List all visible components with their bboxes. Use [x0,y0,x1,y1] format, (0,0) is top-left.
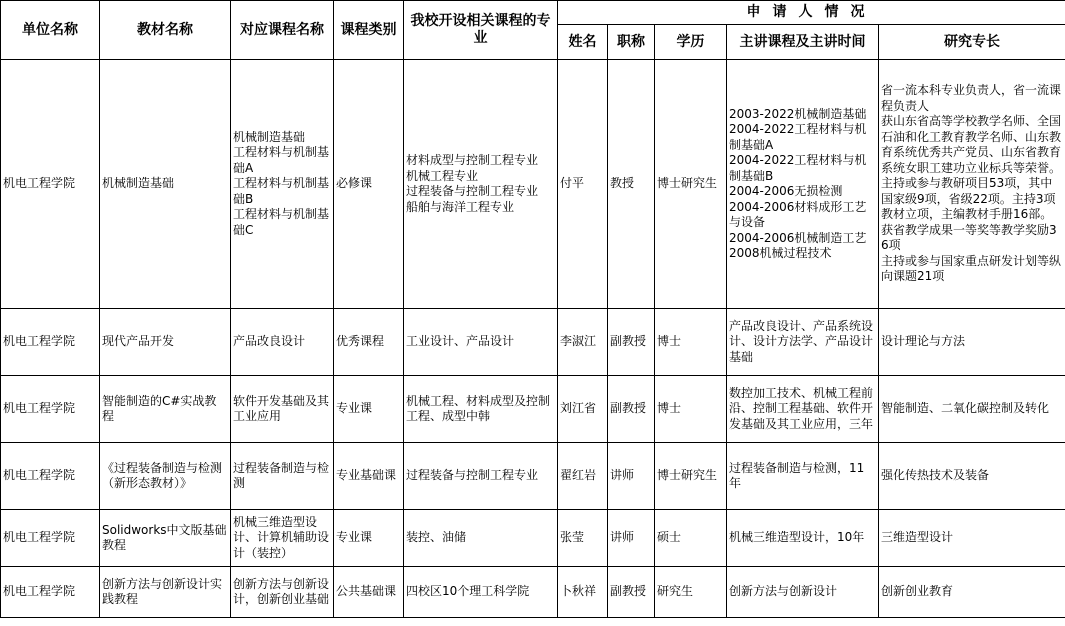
cell-textbook: Solidworks中文版基础教程 [100,510,231,567]
cell-majors: 机械工程、材料成型及控制工程、成型中韩 [404,376,558,443]
header-teaching: 主讲课程及主讲时间 [727,25,879,60]
cell-title: 副教授 [608,567,655,618]
table-row: 机电工程学院 创新方法与创新设计实践教程 创新方法与创新设计，创新创业基础 公共… [1,567,1065,618]
cell-majors: 工业设计、产品设计 [404,309,558,376]
cell-category: 优秀课程 [334,309,404,376]
textbook-application-table: 单位名称 教材名称 对应课程名称 课程类别 我校开设相关课程的专业 申请人情况 … [0,0,1065,618]
cell-name: 李淑江 [558,309,608,376]
cell-course: 机械三维造型设计、计算机辅助设计（装控） [231,510,334,567]
header-course: 对应课程名称 [231,1,334,60]
table-row: 机电工程学院 现代产品开发 产品改良设计 优秀课程 工业设计、产品设计 李淑江 … [1,309,1065,376]
cell-teaching: 机械三维造型设计，10年 [727,510,879,567]
cell-textbook: 《过程装备制造与检测（新形态教材）》 [100,443,231,510]
cell-education: 博士研究生 [655,60,727,309]
cell-category: 专业基础课 [334,443,404,510]
cell-research: 三维造型设计 [879,510,1065,567]
cell-name: 付平 [558,60,608,309]
cell-education: 博士 [655,376,727,443]
cell-course: 过程装备制造与检测 [231,443,334,510]
cell-teaching: 创新方法与创新设计 [727,567,879,618]
cell-unit: 机电工程学院 [1,443,100,510]
cell-name: 刘江省 [558,376,608,443]
cell-research: 设计理论与方法 [879,309,1065,376]
cell-unit: 机电工程学院 [1,376,100,443]
header-majors: 我校开设相关课程的专业 [404,1,558,60]
cell-majors: 材料成型与控制工程专业 机械工程专业 过程装备与控制工程专业 船舶与海洋工程专业 [404,60,558,309]
cell-teaching: 产品改良设计、产品系统设计、设计方法学、产品设计基础 [727,309,879,376]
cell-teaching: 过程装备制造与检测，11年 [727,443,879,510]
header-category: 课程类别 [334,1,404,60]
cell-research: 智能制造、二氧化碳控制及转化 [879,376,1065,443]
cell-textbook: 机械制造基础 [100,60,231,309]
cell-research: 创新创业教育 [879,567,1065,618]
header-research: 研究专长 [879,25,1065,60]
header-name: 姓名 [558,25,608,60]
table-row: 机电工程学院 《过程装备制造与检测（新形态教材）》 过程装备制造与检测 专业基础… [1,443,1065,510]
cell-title: 副教授 [608,376,655,443]
cell-education: 研究生 [655,567,727,618]
header-applicant-group: 申请人情况 [558,1,1065,25]
cell-unit: 机电工程学院 [1,510,100,567]
cell-textbook: 创新方法与创新设计实践教程 [100,567,231,618]
cell-title: 教授 [608,60,655,309]
cell-name: 翟红岩 [558,443,608,510]
header-education: 学历 [655,25,727,60]
cell-course: 产品改良设计 [231,309,334,376]
cell-name: 卜秋祥 [558,567,608,618]
header-row-top: 单位名称 教材名称 对应课程名称 课程类别 我校开设相关课程的专业 申请人情况 [1,1,1065,25]
cell-unit: 机电工程学院 [1,60,100,309]
cell-majors: 四校区10个理工科学院 [404,567,558,618]
header-unit: 单位名称 [1,1,100,60]
cell-education: 博士研究生 [655,443,727,510]
table-row: 机电工程学院 智能制造的C#实战教程 软件开发基础及其工业应用 专业课 机械工程… [1,376,1065,443]
cell-category: 必修课 [334,60,404,309]
cell-title: 讲师 [608,510,655,567]
cell-title: 副教授 [608,309,655,376]
cell-majors: 过程装备与控制工程专业 [404,443,558,510]
cell-name: 张莹 [558,510,608,567]
cell-course: 软件开发基础及其工业应用 [231,376,334,443]
cell-majors: 装控、油储 [404,510,558,567]
header-textbook: 教材名称 [100,1,231,60]
cell-category: 专业课 [334,376,404,443]
cell-teaching: 数控加工技术、机械工程前沿、控制工程基础、软件开发基础及其工业应用，三年 [727,376,879,443]
cell-textbook: 智能制造的C#实战教程 [100,376,231,443]
cell-title: 讲师 [608,443,655,510]
cell-category: 公共基础课 [334,567,404,618]
cell-category: 专业课 [334,510,404,567]
cell-education: 硕士 [655,510,727,567]
cell-course: 创新方法与创新设计，创新创业基础 [231,567,334,618]
table-row: 机电工程学院 Solidworks中文版基础教程 机械三维造型设计、计算机辅助设… [1,510,1065,567]
cell-education: 博士 [655,309,727,376]
header-title: 职称 [608,25,655,60]
cell-research: 省一流本科专业负责人，省一流课程负责人 获山东省高等学校教学名师、全国石油和化工… [879,60,1065,309]
cell-unit: 机电工程学院 [1,309,100,376]
cell-teaching: 2003-2022机械制造基础 2004-2022工程材料与机制基础A 2004… [727,60,879,309]
cell-course: 机械制造基础 工程材料与机制基础A 工程材料与机制基础B 工程材料与机制基础C [231,60,334,309]
cell-research: 强化传热技术及装备 [879,443,1065,510]
cell-unit: 机电工程学院 [1,567,100,618]
table-row: 机电工程学院 机械制造基础 机械制造基础 工程材料与机制基础A 工程材料与机制基… [1,60,1065,309]
cell-textbook: 现代产品开发 [100,309,231,376]
